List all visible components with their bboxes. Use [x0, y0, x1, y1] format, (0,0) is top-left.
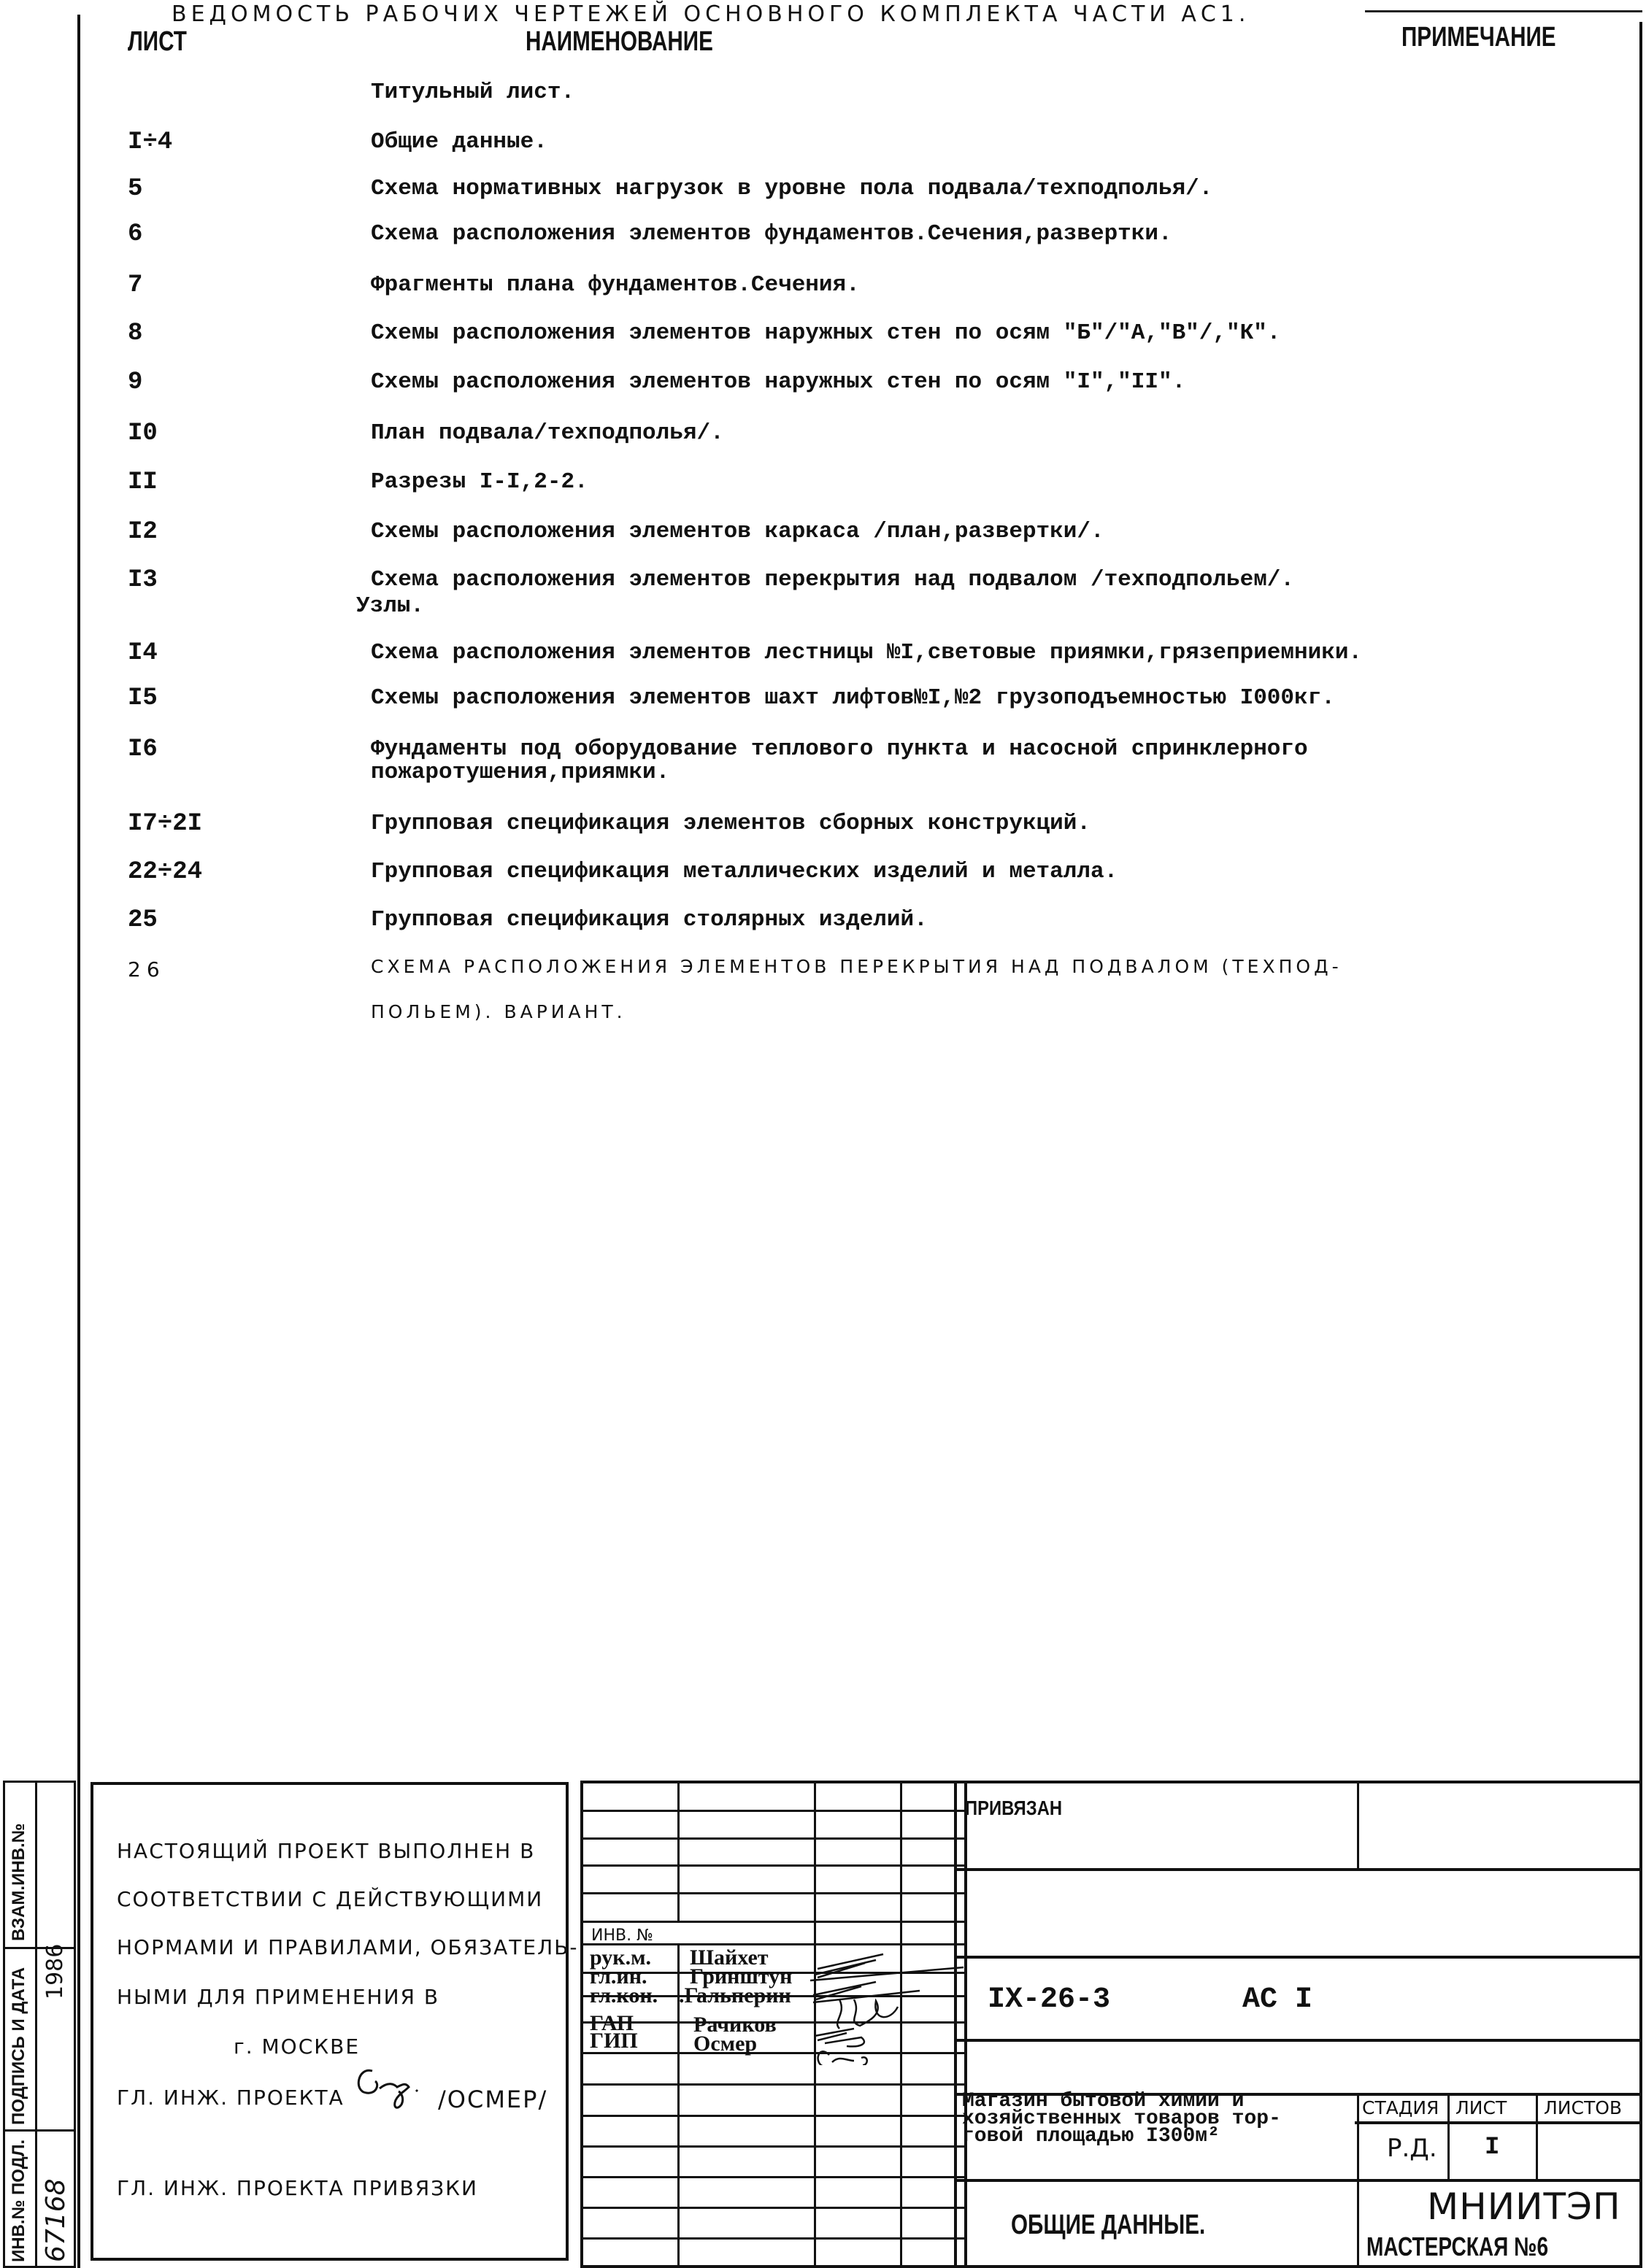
table-grid-line — [580, 2237, 967, 2240]
sheet-value: I — [1485, 2134, 1499, 2161]
title-block-line — [1355, 2121, 1642, 2124]
sheet-number: 26 — [128, 957, 166, 981]
stage-value: Р.Д. — [1387, 2134, 1437, 2163]
sheet-name: Схемы расположения элементов шахт лифтов… — [371, 684, 1335, 712]
sheet-name: Групповая спецификация столярных изделий… — [371, 906, 928, 934]
sheets-label: ЛИСТОВ — [1544, 2097, 1622, 2118]
workshop-name: МАСТЕРСКАЯ №6 — [1366, 2232, 1548, 2262]
side-strip-divider — [35, 1781, 37, 2268]
sheet-number: I0 — [128, 420, 158, 447]
title-block-line — [954, 1868, 1642, 1871]
sheet-number: 9 — [128, 369, 142, 396]
sheet-name: Схема нормативных нагрузок в уровне пола… — [371, 175, 1212, 203]
column-header-note: ПРИМЕЧАНИЕ — [1401, 22, 1556, 53]
chief-engineer-name: /ОСМЕР/ — [438, 2086, 547, 2113]
note-line: СООТВЕТСТВИИ С ДЕЙСТВУЮЩИМИ — [117, 1887, 543, 1911]
side-label-replacement-inv: ВЗАМ.ИНВ.№ — [9, 1824, 29, 1941]
privyazan-label: ПРИВЯЗАН — [965, 1797, 1062, 1820]
table-grid-line — [580, 1837, 967, 1840]
sheet-name-continuation: пожаротушения,приямки. — [371, 759, 669, 787]
sheet-number: I7÷2I — [128, 810, 202, 838]
sheet-number: I4 — [128, 639, 158, 667]
stage-label: СТАДИЯ — [1362, 2097, 1439, 2118]
sheet-number: 8 — [128, 320, 142, 347]
table-grid-line — [580, 2115, 967, 2117]
sheet-name: Схемы расположения элементов наружных ст… — [371, 320, 1280, 347]
sheet-number: 22÷24 — [128, 858, 202, 886]
sheet-number: I3 — [128, 566, 158, 594]
sheet-number: I÷4 — [128, 128, 172, 156]
sheet-name: Групповая спецификация металлических изд… — [371, 858, 1118, 886]
sheet-number: 6 — [128, 220, 142, 248]
sheet-name-continuation: Узлы. — [356, 593, 424, 620]
sheet-number: 25 — [128, 906, 158, 934]
note-line: НОРМАМИ И ПРАВИЛАМИ, ОБЯЗАТЕЛЬ- — [117, 1935, 578, 1959]
sheet-name: СХЕМА РАСПОЛОЖЕНИЯ ЭЛЕМЕНТОВ ПЕРЕКРЫТИЯ … — [371, 949, 1342, 985]
chief-engineer-signature-icon — [350, 2062, 431, 2113]
note-line-city: г. МОСКВЕ — [234, 2034, 360, 2059]
document-title: ВЕДОМОСТЬ РАБОЧИХ ЧЕРТЕЖЕЙ ОСНОВНОГО КОМ… — [172, 1, 1250, 27]
project-code: IX-26-3 — [988, 1983, 1110, 2016]
note-line-chief-engineer: ГЛ. ИНЖ. ПРОЕКТА — [117, 2086, 345, 2110]
sheet-number: 5 — [128, 175, 142, 203]
table-grid-line — [580, 1892, 967, 1894]
frame-left-border — [77, 15, 80, 2268]
sheet-name: Схемы расположения элементов каркаса /пл… — [371, 518, 1104, 546]
table-grid-line — [580, 2083, 967, 2086]
sheet-name: Общие данные. — [371, 128, 547, 156]
title-block-line — [1536, 2093, 1538, 2180]
note-line: НЫМИ ДЛЯ ПРИМЕНЕНИЯ В — [117, 1985, 439, 2009]
signature-name: Осмер — [693, 2033, 757, 2055]
sheet-name: Схема расположения элементов лестницы №I… — [371, 639, 1362, 667]
side-inv-value: 67168 — [41, 2178, 71, 2262]
title-block-line — [954, 1956, 1642, 1959]
table-grid-line — [580, 2145, 967, 2148]
column-header-name: НАИМЕНОВАНИЕ — [526, 26, 713, 58]
sheet-number: I6 — [128, 736, 158, 763]
frame-top-border — [1365, 10, 1642, 12]
table-grid-line — [580, 1810, 967, 1812]
sheet-label: ЛИСТ — [1455, 2097, 1507, 2118]
sheet-name-continuation: ПОЛЬЕМ). ВАРИАНТ. — [371, 994, 626, 1030]
table-grid-line — [677, 1781, 680, 1921]
note-line: НАСТОЯЩИЙ ПРОЕКТ ВЫПОЛНЕН В — [117, 1839, 535, 1863]
sheet-name: План подвала/техподполья/. — [371, 420, 724, 447]
inv-number-label: ИНВ. № — [591, 1925, 653, 1947]
title-block-line — [954, 2179, 1642, 2182]
side-label-original-inv: ИНВ.№ ПОДЛ. — [9, 2140, 29, 2262]
object-name-line: говой площадью I300м² — [962, 2128, 1220, 2145]
table-grid-line — [580, 2176, 967, 2178]
side-date-value: 1986 — [42, 1944, 68, 1999]
set-code: АС I — [1242, 1983, 1312, 2016]
drawing-title: ОБЩИЕ ДАННЫЕ. — [1011, 2210, 1205, 2241]
title-block-line — [954, 2039, 1642, 2042]
sheet-number: II — [128, 468, 158, 496]
title-block-line — [1447, 2093, 1450, 2180]
sheet-name: Фрагменты плана фундаментов.Сечения. — [371, 271, 860, 299]
sheet-name: Схема расположения элементов фундаментов… — [371, 220, 1172, 248]
sheet-name: Групповая спецификация элементов сборных… — [371, 810, 1091, 838]
column-header-sheet: ЛИСТ — [128, 26, 187, 58]
sheet-name: Разрезы I-I,2-2. — [371, 468, 588, 496]
handwritten-signatures-icon — [796, 1912, 971, 2065]
side-strip-divider — [3, 2129, 76, 2132]
organization-name: МНИИТЭП — [1427, 2186, 1621, 2228]
table-grid-line — [580, 1864, 967, 1867]
title-block-line — [1357, 2093, 1359, 2268]
sheet-name: Схемы расположения элементов наружных ст… — [371, 369, 1185, 396]
side-label-signature-date: ПОДПИСЬ И ДАТА — [9, 1967, 29, 2125]
sheet-number: I2 — [128, 518, 158, 546]
signature-role: гл.кон. — [590, 1985, 658, 2007]
signature-role: ГИП — [590, 2030, 638, 2052]
sheet-number: I5 — [128, 684, 158, 712]
title-block-line — [1357, 1781, 1359, 1868]
sheet-name: Схема расположения элементов перекрытия … — [371, 566, 1294, 594]
note-line-binding-engineer: ГЛ. ИНЖ. ПРОЕКТА ПРИВЯЗКИ — [117, 2176, 478, 2200]
sheet-number: 7 — [128, 271, 142, 299]
signature-name: .Гальперин — [679, 1985, 791, 2007]
title-block-line — [954, 2265, 1642, 2268]
sheet-name: Титульный лист. — [371, 79, 574, 107]
table-grid-line — [580, 2207, 967, 2209]
